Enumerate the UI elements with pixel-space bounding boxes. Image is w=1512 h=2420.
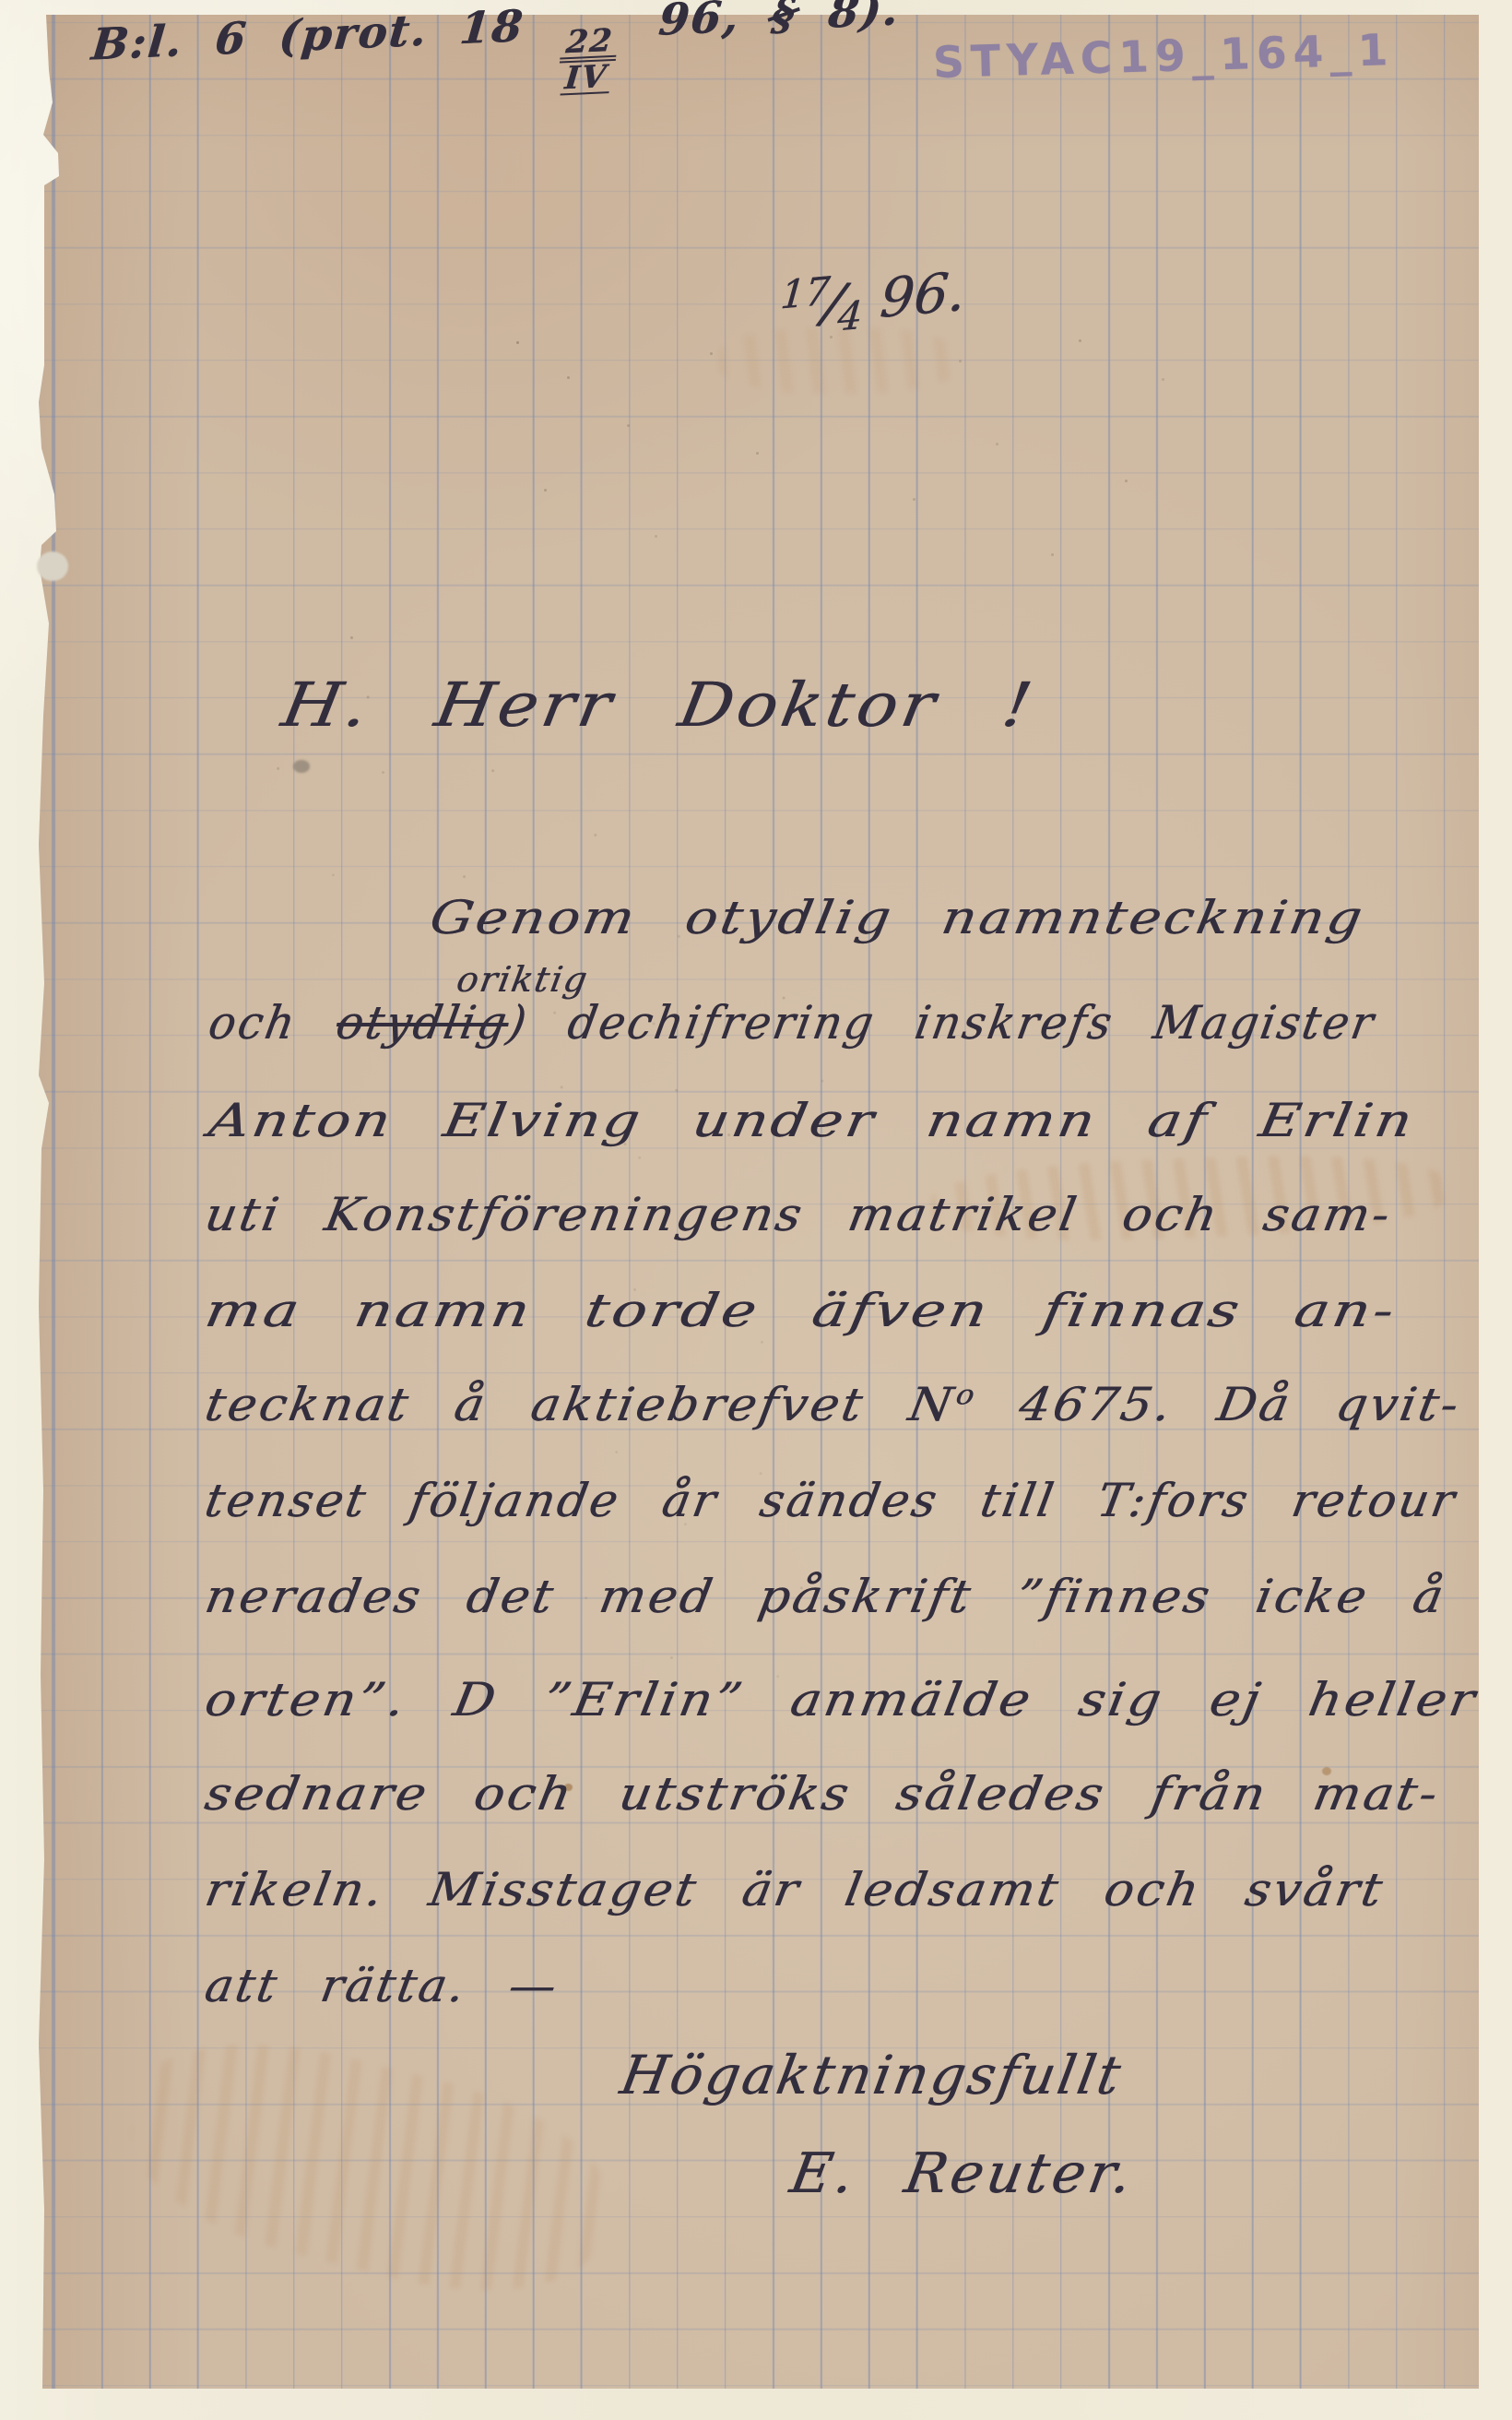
body-line: Genom otydlig namnteckning [426, 891, 1369, 944]
body-line: uti Konstföreningens matrikel och sam- [201, 1188, 1397, 1241]
body-line2-rest: ) dechifrering inskrefs Magister [503, 996, 1379, 1050]
body-line: sednare och utströks således från mat- [201, 1767, 1444, 1821]
body-line6-post: 4675. Då qvit- [970, 1378, 1465, 1431]
foxing-speckles [516, 341, 519, 344]
annotation-date-fraction: 22 IV [556, 25, 619, 95]
body-line: att rätta. — [201, 1959, 563, 2012]
salutation: H. Herr Doktor ! [277, 670, 1041, 741]
valediction: Högaktningsfullt [616, 2044, 1128, 2106]
struck-word: otydlig [332, 996, 513, 1050]
body-line: och otydlig) dechifrering inskrefs Magis… [205, 996, 1379, 1050]
body-line2-start: och [205, 996, 301, 1050]
scanned-letter-page: { "colors":{"paper":"#cfbaa3","mat":"#f0… [0, 0, 1512, 2420]
body-line: nerades det med påskrift ”finnes icke å [201, 1570, 1450, 1623]
body-line: orten”. D ”Erlin” anmälde sig ej heller [201, 1673, 1482, 1726]
date-fraction: 17/4 [776, 265, 867, 345]
body-line: tenset följande år sändes till T:fors re… [201, 1474, 1461, 1527]
body-line6-pre: tecknat å aktiebrefvet N [201, 1378, 959, 1431]
annotation-text-mid: 96, [656, 0, 742, 46]
body-line: ma namn torde äfven finnas an- [201, 1284, 1401, 1337]
body-line: rikeln. Misstaget är ledsamt och svårt [201, 1863, 1388, 1916]
struck-paragraph-sign: § [769, 0, 798, 42]
body-line: tecknat å aktiebrefvet No 4675. Då qvit- [201, 1378, 1465, 1431]
body-line: Anton Elving under namn af Erlin [205, 1094, 1419, 1147]
signature: E. Reuter. [786, 2141, 1140, 2206]
inserted-correction-word: oriktig [454, 959, 592, 1000]
date-year: 96. [878, 259, 968, 330]
annotation-text-post: 8). [826, 0, 903, 39]
annotation-text-pre: B:l. 6 (prot. 18 [89, 1, 526, 71]
